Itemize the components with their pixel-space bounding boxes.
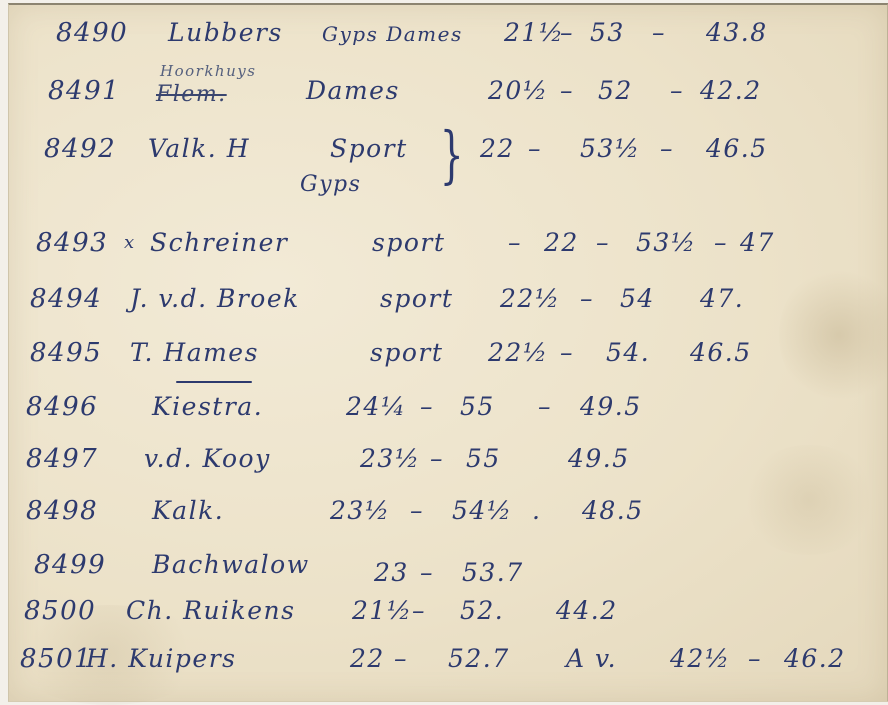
entry-value-2: 53½ <box>580 134 641 163</box>
entry-value-3: 44.2 <box>556 596 618 625</box>
entry-row: 8501 H. Kuipers 22 – 52.7 A v. 42½ – 46.… <box>0 644 888 684</box>
separator: – <box>596 228 610 257</box>
separator: – <box>528 134 542 163</box>
entry-row: 8497 v.d. Kooy 23½ – 55 49.5 <box>0 444 888 484</box>
entry-number: 8490 <box>56 18 128 48</box>
entry-value-3: 43.8 <box>706 18 768 47</box>
entry-number: 8500 <box>24 596 96 626</box>
separator: . <box>532 496 541 525</box>
separator: – <box>412 596 426 625</box>
separator: – <box>420 392 434 421</box>
separator: – <box>560 18 574 47</box>
entry-value-3: 42½ <box>670 644 731 673</box>
entry-number: 8491 <box>48 76 120 106</box>
entry-name: Schreiner <box>150 228 288 257</box>
separator: – <box>652 18 666 47</box>
entry-value-3: 46.5 <box>690 338 752 367</box>
entry-value-2: 52.7 <box>448 644 510 673</box>
entry-number: 8499 <box>34 550 106 580</box>
entry-value-2: 52 <box>598 76 633 105</box>
entry-value-2: 54 <box>620 284 655 313</box>
separator: – <box>538 392 552 421</box>
entry-value-1: 22½ <box>488 338 549 367</box>
entry-row: 8495 T. Hames sport 22½ – 54. 46.5 <box>0 338 888 378</box>
entry-number: 8496 <box>26 392 98 422</box>
entry-value-3: 42.2 <box>700 76 762 105</box>
entry-value-3: 49.5 <box>580 392 642 421</box>
entry-value-2: 52. <box>460 596 504 625</box>
check-mark: x <box>124 232 136 253</box>
separator: – <box>430 444 444 473</box>
separator: – <box>410 496 424 525</box>
entry-value-3: 47. <box>700 284 744 313</box>
separator: – <box>580 284 594 313</box>
entry-row: 8498 Kalk. 23½ – 54½ . 48.5 <box>0 496 888 536</box>
struck-name: Flem. <box>156 82 227 107</box>
entry-category: Sport <box>330 134 408 163</box>
entry-value-1: 22 <box>350 644 385 673</box>
entry-number: 8493 <box>36 228 108 258</box>
entry-number: 8492 <box>44 134 116 164</box>
entry-name: Bachwalow <box>152 550 310 579</box>
entry-category: Dames <box>306 76 400 105</box>
entry-value-3: 46.5 <box>706 134 768 163</box>
entry-value-1: 22 <box>544 228 579 257</box>
entry-name: T. Hames <box>130 338 259 367</box>
entry-name: Kalk. <box>152 496 224 525</box>
entry-category: sport <box>380 284 453 313</box>
separator: – <box>420 558 434 587</box>
separator: – <box>508 228 522 257</box>
separator: – <box>748 644 762 673</box>
entry-value-2: 53½ <box>636 228 697 257</box>
entry-value-1: 22½ <box>500 284 561 313</box>
entry-category: Gyps Dames <box>322 22 463 46</box>
entry-value-1: 23½ <box>330 496 391 525</box>
brace-mark: } <box>440 118 464 191</box>
entry-name: Ch. Ruikens <box>126 596 295 625</box>
entry-value-2: 54. <box>606 338 650 367</box>
entry-row: 8491 Flem. Hoorkhuys Dames 20½ – 52 – 42… <box>0 76 888 116</box>
entry-value-1: 22 <box>480 134 515 163</box>
entry-number: 8498 <box>26 496 98 526</box>
entry-value-3: 47 <box>740 228 775 257</box>
entry-category-sub: Gyps <box>300 172 361 197</box>
entry-name: v.d. Kooy <box>144 444 271 473</box>
entry-number: 8495 <box>30 338 102 368</box>
entry-value-2: 55 <box>466 444 501 473</box>
entry-value-1: 21½ <box>352 596 413 625</box>
entry-row: 8490 Lubbers Gyps Dames 21½ – 53 – 43.8 <box>0 18 888 58</box>
entry-name: Valk. H <box>148 134 250 163</box>
entry-value-4: 46.2 <box>784 644 846 673</box>
entry-row: 8496 Kiestra. 24¼ – 55 – 49.5 <box>0 392 888 432</box>
entry-name: Kiestra. <box>152 392 263 421</box>
entry-value-1: 21½ <box>504 18 565 47</box>
entry-value-1: 23 <box>374 558 409 587</box>
entry-name: H. Kuipers <box>86 644 237 673</box>
separator: – <box>394 644 408 673</box>
entry-value-2: 55 <box>460 392 495 421</box>
entry-row: 8494 J. v.d. Broek sport 22½ – 54 47. <box>0 284 888 324</box>
separator: – <box>560 76 574 105</box>
entry-category: sport <box>370 338 443 367</box>
entry-value-2: 53 <box>590 18 625 47</box>
entry-name: Lubbers <box>168 18 283 47</box>
separator: – <box>560 338 574 367</box>
entry-value-3: 48.5 <box>582 496 644 525</box>
entry-row: 8500 Ch. Ruikens 21½ – 52. 44.2 <box>0 596 888 636</box>
entry-name: J. v.d. Broek <box>130 284 300 313</box>
separator: – <box>714 228 728 257</box>
separator: – <box>660 134 674 163</box>
separator: – <box>670 76 684 105</box>
entry-value-1: 20½ <box>488 76 549 105</box>
entry-row: 8493 x Schreiner sport – 22 – 53½ – 47 <box>0 228 888 268</box>
entry-note: A v. <box>566 644 617 673</box>
entry-number: 8501 <box>20 644 92 674</box>
entry-category: sport <box>372 228 445 257</box>
entry-number: 8497 <box>26 444 98 474</box>
inserted-name: Hoorkhuys <box>160 62 256 80</box>
entry-value-2: 53.7 <box>462 558 524 587</box>
entry-value-3: 49.5 <box>568 444 630 473</box>
underline-mark <box>176 381 252 383</box>
entry-value-2: 54½ <box>452 496 513 525</box>
entry-value-1: 24¼ <box>346 392 407 421</box>
entry-row: 8499 Bachwalow 23 – 53.7 <box>0 550 888 590</box>
entry-value-1: 23½ <box>360 444 421 473</box>
entry-number: 8494 <box>30 284 102 314</box>
